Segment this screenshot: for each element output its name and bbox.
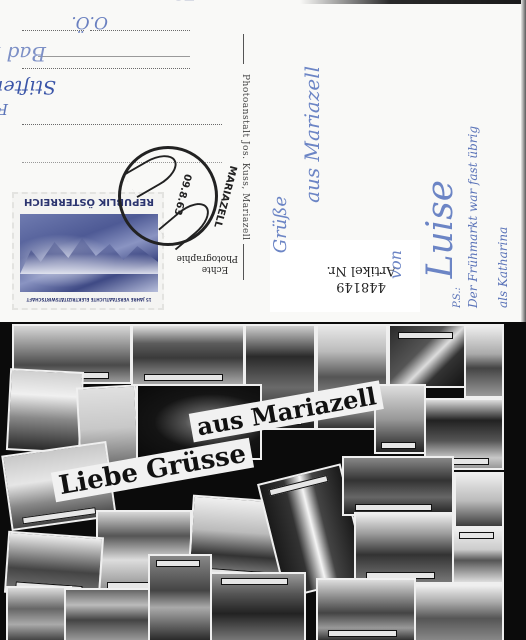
postcard-front: Liebe Grüsse aus Mariazell	[0, 322, 526, 640]
address-line	[38, 56, 190, 57]
photo-tile-mountain-railway	[388, 324, 468, 388]
postmark: 09.8.63 MARIAZELL	[118, 146, 218, 246]
handwriting-address-2: Bad Hall	[0, 42, 46, 66]
address-line	[22, 124, 222, 125]
address-line	[22, 68, 190, 69]
photo-caption	[221, 578, 287, 585]
photo-tile-tower	[464, 324, 504, 398]
photo-label-line: Echte	[192, 263, 238, 274]
photo-tile-valley	[316, 578, 416, 640]
photo-tile-sailboat	[452, 526, 504, 584]
postcard-back: Photoanstalt Jos. Kuss, Mariazell Echte …	[0, 0, 526, 322]
handwriting-address-4: Frl. Dr. Wenzel Elisabeth	[0, 100, 8, 118]
postmark-arc	[158, 196, 216, 251]
photo-tile-gorge	[210, 572, 306, 640]
handwriting-ps-label: P.S.:	[452, 287, 463, 308]
photo-caption	[156, 560, 200, 567]
photo-label: Echte Photographie	[192, 252, 238, 274]
divider-line	[243, 34, 244, 64]
photo-tile-village-lake	[64, 588, 152, 640]
handwriting-message-1: aus Mariazell	[300, 66, 324, 203]
photo-caption	[269, 475, 328, 496]
photo-tile-meadow	[354, 512, 454, 584]
photo-tile-chapel	[6, 586, 72, 640]
stamp-caption: 15 JAHRE VERSTAATLICHTE ELEKTRIZITÄTSWIR…	[22, 297, 156, 302]
photo-tile-basilica-mountains	[414, 584, 504, 640]
photo-caption	[381, 442, 417, 449]
handwriting-address-3: Stifterstraße	[0, 76, 56, 98]
card-edge-shadow	[521, 0, 526, 322]
handwriting-address-1: O.Ö.	[71, 12, 108, 32]
photo-caption	[355, 504, 433, 511]
photo-caption	[459, 532, 495, 539]
handwriting-ps-line-1: Der Frühmarkt war fast übrig	[466, 126, 480, 308]
greeting-line-1: Liebe Grüsse	[51, 438, 254, 502]
photo-label-line: Photographie	[192, 252, 238, 263]
photo-caption	[328, 630, 397, 637]
photo-tile-village-panorama	[131, 324, 245, 386]
photo-caption	[398, 332, 453, 339]
handwriting-corner-mark: E3	[174, 0, 196, 4]
photo-tile-hiker	[148, 554, 212, 640]
handwriting-ps-line-2: als Katharina	[496, 227, 510, 308]
photo-tile-aerial	[342, 456, 454, 516]
article-number: 448149	[316, 278, 406, 294]
publisher-imprint: Photoanstalt Jos. Kuss, Mariazell	[240, 74, 250, 241]
postmark-arc	[123, 148, 182, 198]
postmark-town: MARIAZELL	[211, 164, 238, 228]
handwriting-message-0: Grüße	[270, 196, 291, 253]
photo-caption	[144, 374, 223, 381]
divider-line	[243, 244, 244, 280]
photo-tile-chairlift	[454, 472, 504, 530]
scan-shadow	[300, 0, 526, 4]
handwriting-message-2: von	[386, 250, 405, 279]
handwriting-signature: Luise	[420, 180, 461, 278]
